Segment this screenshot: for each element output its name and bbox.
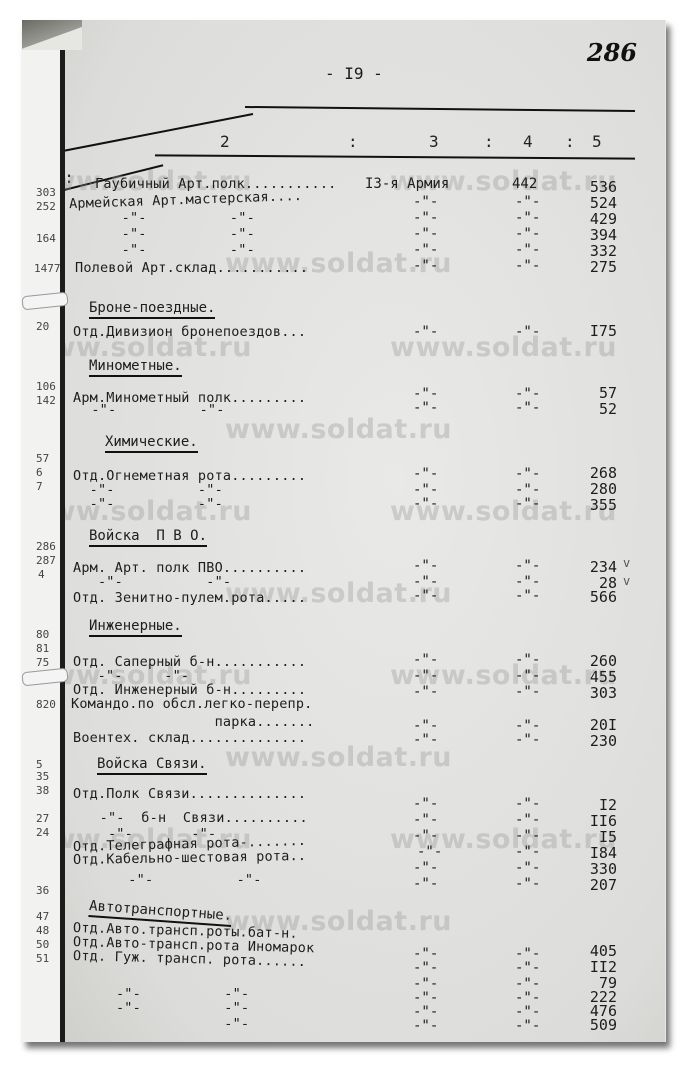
- row-col3: -"-: [413, 1018, 438, 1034]
- row-col4: -"-: [515, 324, 540, 340]
- row-unit-name: -"- -"-: [105, 242, 255, 258]
- row-col3: -"-: [413, 558, 438, 574]
- margin-note: 4: [38, 568, 45, 581]
- row-col3: -"-: [413, 876, 438, 892]
- row-col5: 52: [567, 400, 617, 418]
- row-col4: -"-: [515, 258, 540, 274]
- margin-note: 24: [36, 826, 49, 839]
- row-col4: -"-: [515, 828, 540, 844]
- row-col3: -"-: [413, 210, 438, 226]
- row-unit-name: Отд.Полк Связи..............: [73, 786, 306, 802]
- check-mark-icon: v: [623, 574, 630, 588]
- folio-number: 286: [587, 38, 637, 67]
- row-col5: I75: [567, 322, 617, 340]
- column-header-sep: :: [348, 132, 358, 151]
- margin-note: 287: [36, 554, 56, 567]
- column-header-4: 4: [523, 132, 533, 151]
- row-col3: -"-: [413, 226, 438, 242]
- row-unit-name: -"-: [91, 1016, 249, 1032]
- row-unit-name: Отд.Дивизион бронепоездов...: [73, 324, 306, 340]
- row-unit-name: -"- -"-: [95, 872, 262, 888]
- row-col5: 566: [567, 588, 617, 606]
- row-col3: -"-: [413, 466, 438, 482]
- row-col4: -"-: [515, 844, 540, 860]
- margin-note: 81: [36, 642, 49, 655]
- row-unit-name: -"- б-н Связи..........: [83, 810, 308, 826]
- row-col4: -"-: [515, 812, 540, 828]
- row-col4: -"-: [515, 496, 540, 512]
- row-col3: -"-: [413, 242, 438, 258]
- document-page: 286 - I9 - 1 : 2 : 3 : 4 : 5 www.soldat.…: [65, 20, 665, 1042]
- margin-note: 820: [36, 698, 56, 711]
- column-header-2: 2: [220, 132, 230, 151]
- row-col4: -"-: [515, 860, 540, 876]
- row-col3: -"-: [413, 194, 438, 210]
- binding-shadow-corner: [22, 20, 82, 50]
- row-col4: -"-: [515, 876, 540, 892]
- column-header-sep: :: [484, 132, 494, 151]
- row-col3: -"-: [413, 258, 438, 274]
- row-col3: -"-: [413, 684, 438, 700]
- margin-note: 106: [36, 380, 56, 393]
- row-col4: -"-: [515, 194, 540, 210]
- row-unit-name: -"- -"-: [73, 574, 231, 590]
- section-title-signal: Войска Связи.: [97, 756, 207, 775]
- row-unit-name: Отд. Зенитно-пулем.рота.....: [73, 590, 306, 606]
- row-col3: -"-: [413, 652, 438, 668]
- margin-note: 20: [36, 320, 49, 333]
- section-title-chemical: Химические.: [105, 434, 198, 453]
- row-col4: -"-: [515, 732, 540, 748]
- margin-note: 1477: [34, 262, 61, 275]
- margin-note: 47: [36, 910, 49, 923]
- margin-note: 252: [36, 200, 56, 213]
- row-col4: -"-: [515, 684, 540, 700]
- row-col4: -"-: [515, 588, 540, 604]
- header-rule-bottom: [155, 154, 635, 159]
- margin-note: 7: [36, 480, 43, 493]
- row-col4: -"-: [515, 210, 540, 226]
- section-title-armored-trains: Броне-поездные.: [89, 300, 215, 319]
- row-col5: 275: [567, 258, 617, 276]
- row-col4: -"-: [515, 1018, 540, 1034]
- row-unit-name: Полевой Арт.склад...........: [75, 260, 308, 276]
- row-col3: -"-: [413, 732, 438, 748]
- margin-note: 36: [36, 884, 49, 897]
- row-col3: -"-: [413, 496, 438, 512]
- margin-note: 142: [36, 394, 56, 407]
- page-number: - I9 -: [325, 64, 383, 83]
- row-col4: 442: [512, 176, 537, 192]
- row-col4: -"-: [515, 796, 540, 812]
- margin-note: 50: [36, 938, 49, 951]
- margin-note: 27: [36, 812, 49, 825]
- row-unit-name: -"- -"-: [83, 402, 225, 418]
- margin-note: 57: [36, 452, 49, 465]
- row-col3: -"-: [413, 400, 438, 416]
- row-col3: -"-: [413, 812, 438, 828]
- section-title-air-defense: Войска П В О.: [89, 528, 207, 547]
- margin-note: 286: [36, 540, 56, 553]
- section-title-engineering: Инженерные.: [89, 618, 182, 637]
- check-mark-icon: v: [623, 556, 630, 570]
- row-col3: -"-: [417, 844, 442, 860]
- row-col4: -"-: [515, 652, 540, 668]
- row-col3: -"-: [413, 324, 438, 340]
- margin-note: 38: [36, 784, 49, 797]
- row-col5: 207: [567, 876, 617, 894]
- row-unit-name: -"- -"-: [105, 210, 255, 226]
- row-unit-name: Отд.Кабельно-шестовая рота..: [73, 848, 306, 868]
- row-col3: -"-: [413, 860, 438, 876]
- row-col4: -"-: [515, 960, 540, 976]
- row-unit-name: -"- -"-: [105, 226, 255, 242]
- row-col4: -"-: [515, 226, 540, 242]
- row-col3: -"-: [413, 588, 438, 604]
- margin-note: 303: [36, 186, 56, 199]
- watermark: www.soldat.ru: [225, 414, 452, 445]
- row-col4: -"-: [515, 558, 540, 574]
- margin-note: 75: [36, 656, 49, 669]
- row-unit-name: -"- -"-: [73, 496, 223, 512]
- margin-note: 6: [36, 466, 43, 479]
- row-col3: -"-: [413, 668, 438, 684]
- row-col5: 303: [567, 684, 617, 702]
- row-col3: -"-: [413, 796, 438, 812]
- row-unit-name: Воентех. склад..............: [73, 730, 306, 746]
- row-col3: -"-: [413, 828, 438, 844]
- row-col5: 355: [567, 496, 617, 514]
- margin-note: 35: [36, 770, 49, 783]
- row-army: I3-я Армия: [365, 176, 449, 192]
- margin-note: 80: [36, 628, 49, 641]
- row-unit-name: Командо.по обсл.легко-перепр.: [71, 696, 313, 712]
- row-col3: -"-: [413, 960, 438, 976]
- row-col4: -"-: [515, 242, 540, 258]
- header-rule-top: [245, 106, 635, 112]
- row-col4: -"-: [515, 466, 540, 482]
- column-header-5: 5: [592, 132, 602, 151]
- row-unit-name: -"- -"-: [91, 1000, 249, 1016]
- row-col4: -"-: [515, 668, 540, 684]
- margin-note: 51: [36, 952, 49, 965]
- section-title-mortar: Минометные.: [89, 358, 182, 377]
- column-header-3: 3: [429, 132, 439, 151]
- margin-note: 164: [36, 232, 56, 245]
- column-header-sep: :: [565, 132, 575, 151]
- row-unit-name: парка.......: [73, 714, 315, 730]
- row-col5: 230: [567, 732, 617, 750]
- margin-note: 48: [36, 924, 49, 937]
- row-col5: 509: [567, 1016, 617, 1034]
- row-col4: -"-: [515, 400, 540, 416]
